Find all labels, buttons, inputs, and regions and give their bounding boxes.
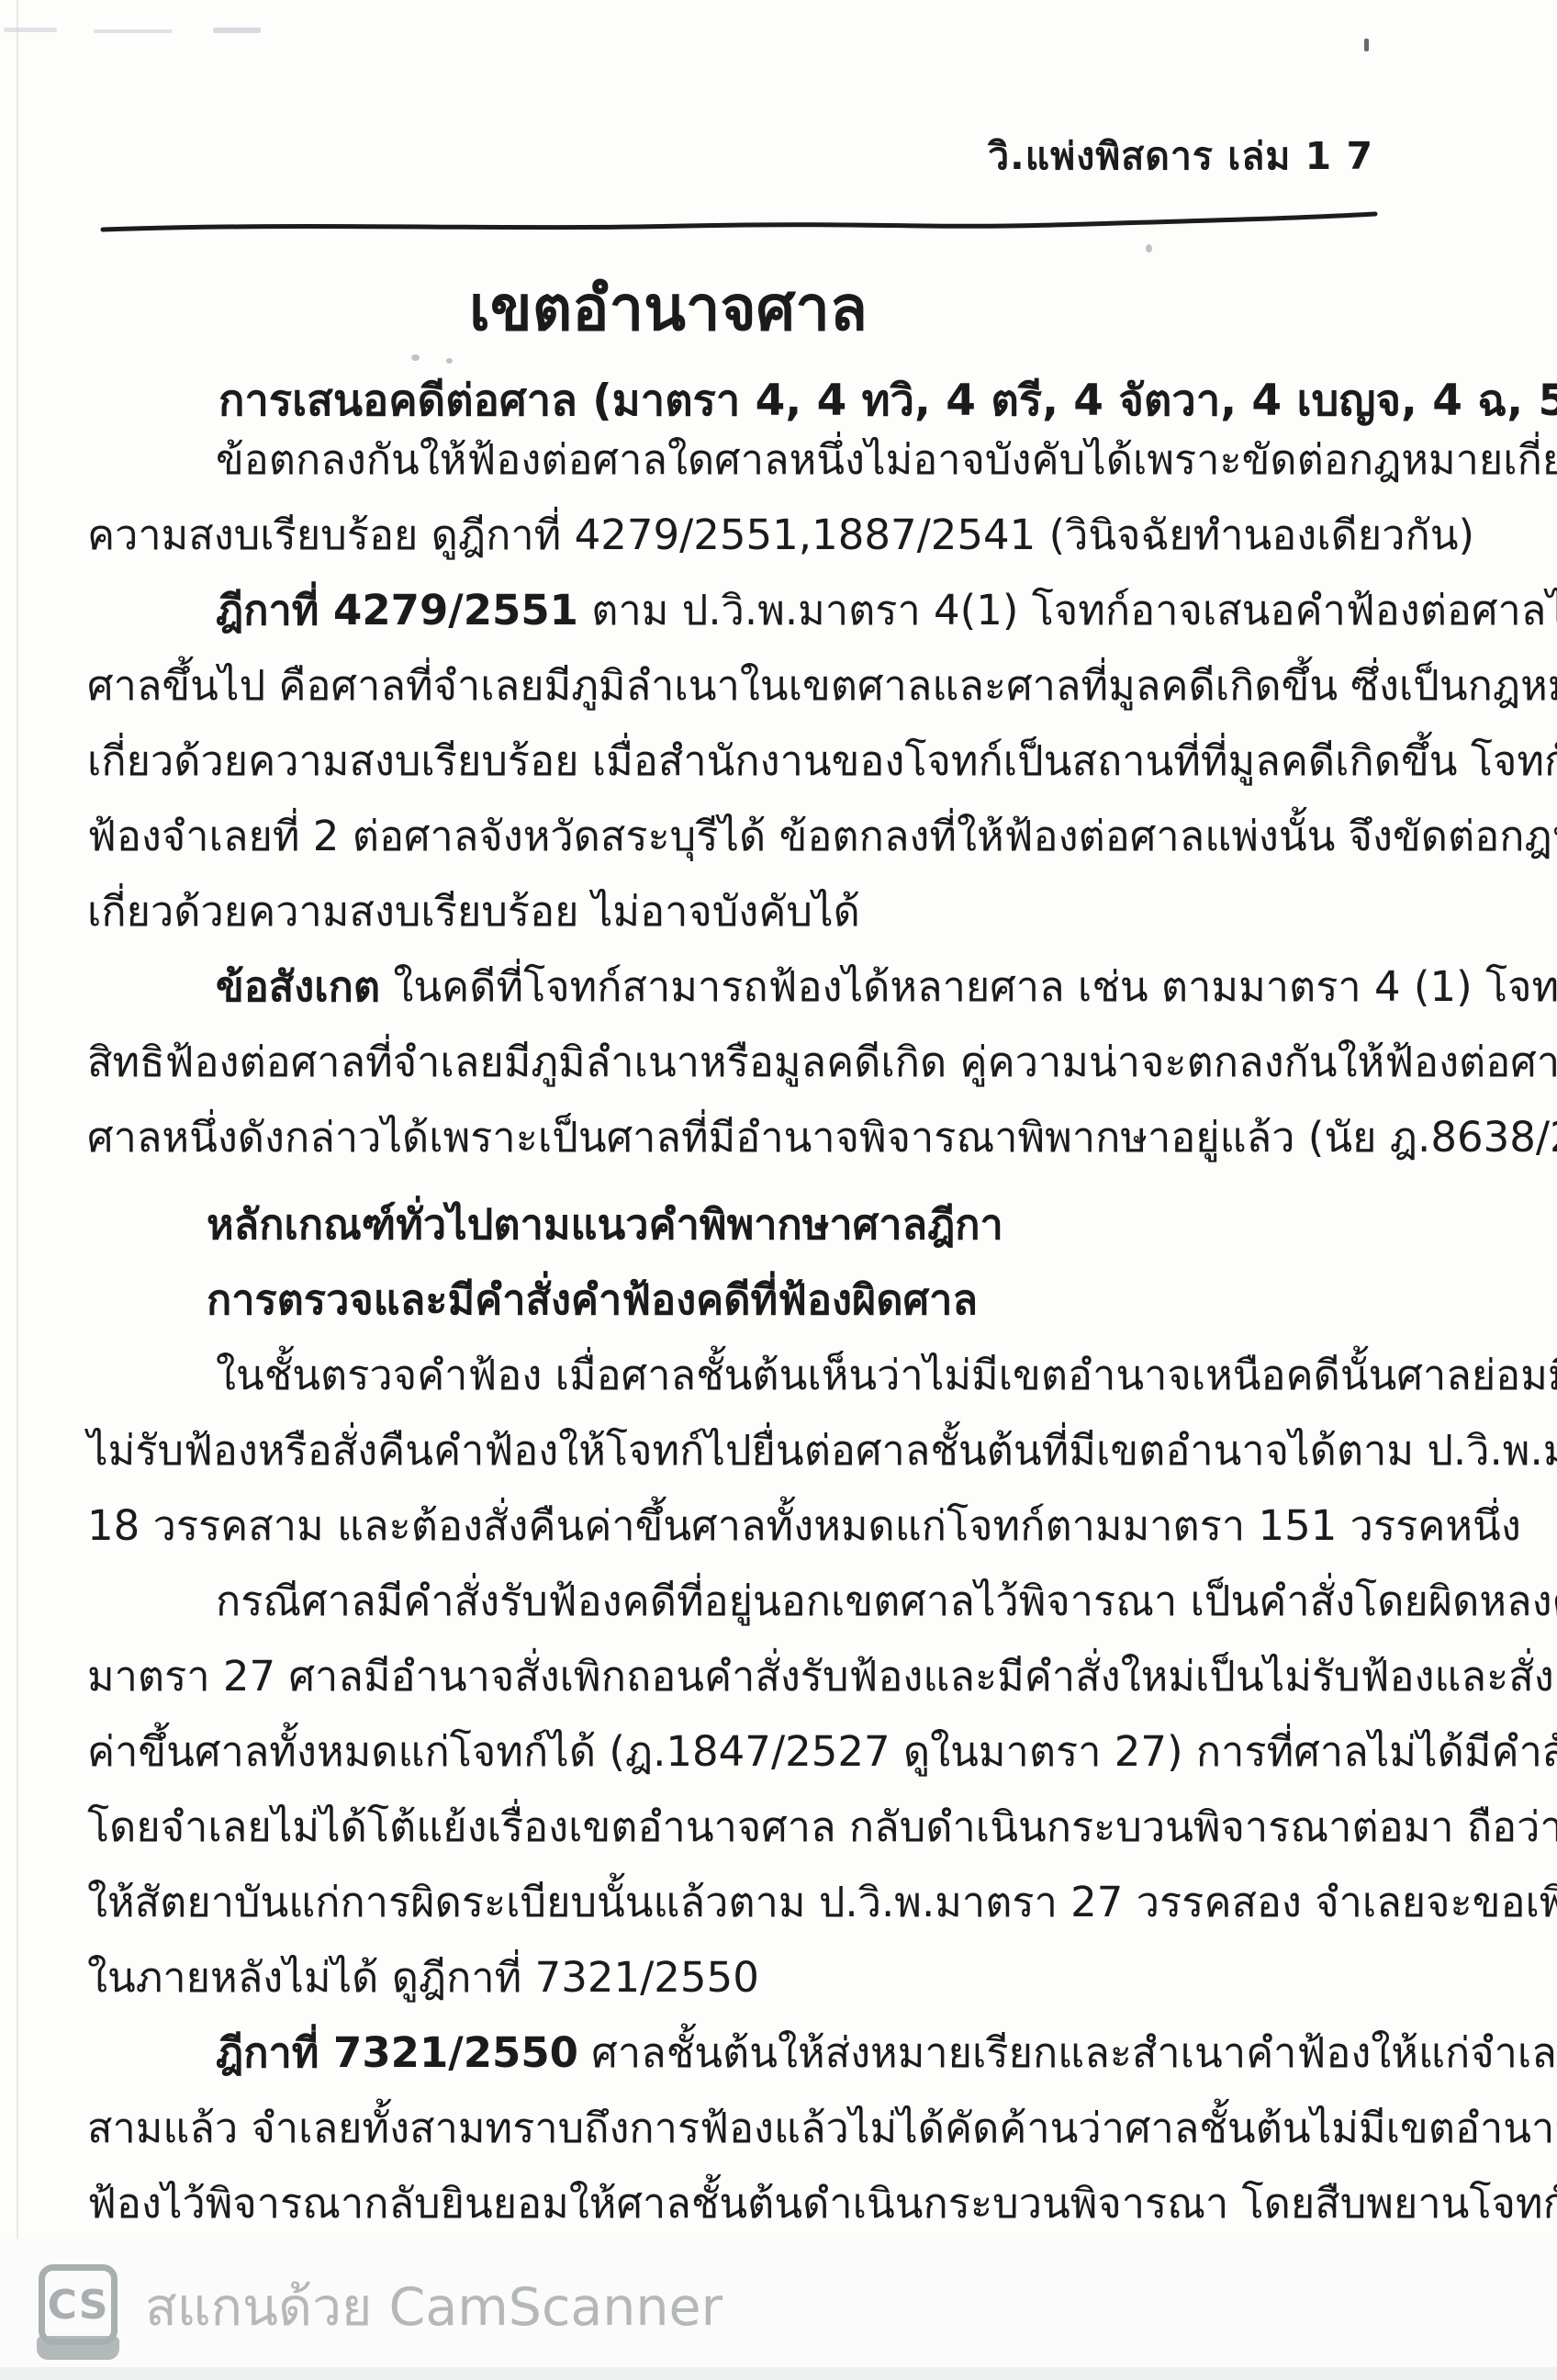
scan-speck [1364, 39, 1369, 51]
body-text: ค่าขึ้นศาลทั้งหมดแก่โจทก์ได้ (ฎ.1847/252… [87, 1727, 1557, 1776]
text-line: ศาลหนึ่งดังกล่าวได้เพราะเป็นศาลที่มีอำนา… [87, 1109, 1557, 1166]
body-text: ไม่รับฟ้องหรือสั่งคืนคำฟ้องให้โจทก์ไปยื่… [87, 1426, 1557, 1475]
text-line: สิทธิฟ้องต่อศาลที่จำเลยมีภูมิลำเนาหรือมู… [87, 1034, 1557, 1091]
section-heading: การตรวจและมีคำสั่งคำฟ้องคดีที่ฟ้องผิดศาล [207, 1272, 978, 1329]
body-text: การตรวจและมีคำสั่งคำฟ้องคดีที่ฟ้องผิดศาล [207, 1275, 978, 1324]
section-subheading: การเสนอคดีต่อศาล (มาตรา 4, 4 ทวิ, 4 ตรี,… [218, 365, 1557, 434]
header-rule [99, 209, 1384, 237]
body-text: ข้อตกลงกันให้ฟ้องต่อศาลใดศาลหนึ่งไม่อาจบ… [216, 435, 1557, 484]
text-line: ในภายหลังไม่ได้ ดูฎีกาที่ 7321/2550 [87, 1949, 759, 2006]
body-text: ในคดีที่โจทก์สามารถฟ้องได้หลายศาล เช่น ต… [380, 962, 1557, 1011]
section-heading: หลักเกณฑ์ทั่วไปตามแนวคำพิพากษาศาลฎีกา [207, 1196, 1003, 1253]
text-line: ค่าขึ้นศาลทั้งหมดแก่โจทก์ได้ (ฎ.1847/252… [87, 1723, 1557, 1780]
body-text: สิทธิฟ้องต่อศาลที่จำเลยมีภูมิลำเนาหรือมู… [87, 1038, 1557, 1086]
page-title: เขตอำนาจศาล [0, 259, 1447, 357]
bold-lead-text: ฎีกาที่ 4279/2551 [216, 586, 578, 634]
body-text: ตาม ป.วิ.พ.มาตรา 4(1) โจทก์อาจเสนอคำฟ้อง… [578, 586, 1557, 634]
body-text: กรณีศาลมีคำสั่งรับฟ้องคดีที่อยู่นอกเขตศา… [216, 1577, 1557, 1625]
bold-lead-text: ฎีกาที่ 7321/2550 [216, 2028, 578, 2077]
camscanner-footer: CS สแกนด้วย CamScanner [0, 2239, 1557, 2380]
body-text: ความสงบเรียบร้อย ดูฎีกาที่ 4279/2551,188… [87, 511, 1474, 559]
text-line: ฎีกาที่ 4279/2551 ตาม ป.วิ.พ.มาตรา 4(1) … [216, 582, 1557, 639]
text-line: ศาลขึ้นไป คือศาลที่จำเลยมีภูมิลำเนาในเขต… [87, 657, 1557, 714]
body-text: หลักเกณฑ์ทั่วไปตามแนวคำพิพากษาศาลฎีกา [207, 1200, 1003, 1249]
text-line: ไม่รับฟ้องหรือสั่งคืนคำฟ้องให้โจทก์ไปยื่… [87, 1422, 1557, 1479]
body-text: ให้สัตยาบันแก่การผิดระเบียบนั้นแล้วตาม ป… [87, 1878, 1557, 1926]
text-line: โดยจำเลยไม่ได้โต้แย้งเรื่องเขตอำนาจศาล ก… [87, 1799, 1557, 1856]
text-line: ให้สัตยาบันแก่การผิดระเบียบนั้นแล้วตาม ป… [87, 1874, 1557, 1931]
body-text: ศาลชั้นต้นให้ส่งหมายเรียกและสำเนาคำฟ้องใ… [578, 2028, 1557, 2077]
body-text: ฟ้องจำเลยที่ 2 ต่อศาลจังหวัดสระบุรีได้ ข… [87, 812, 1557, 860]
bold-lead-text: ข้อสังเกต [216, 962, 380, 1011]
text-line: สามแล้ว จำเลยทั้งสามทราบถึงการฟ้องแล้วไม… [87, 2100, 1557, 2157]
body-text: ในภายหลังไม่ได้ ดูฎีกาที่ 7321/2550 [87, 1953, 759, 2002]
text-line: ข้อตกลงกันให้ฟ้องต่อศาลใดศาลหนึ่งไม่อาจบ… [216, 432, 1557, 488]
text-line: ฟ้องจำเลยที่ 2 ต่อศาลจังหวัดสระบุรีได้ ข… [87, 808, 1557, 865]
text-line: ฟ้องไว้พิจารณากลับยินยอมให้ศาลชั้นต้นดำเ… [87, 2175, 1557, 2232]
running-header: วิ.แพ่งพิสดาร เล่ม 1 7 [988, 127, 1373, 186]
scan-speck [446, 358, 453, 364]
body-text: ศาลหนึ่งดังกล่าวได้เพราะเป็นศาลที่มีอำนา… [87, 1113, 1557, 1162]
text-line: ข้อสังเกต ในคดีที่โจทก์สามารถฟ้องได้หลาย… [216, 959, 1557, 1016]
camscanner-watermark-text: สแกนด้วย CamScanner [145, 2266, 722, 2349]
body-text: 18 วรรคสาม และต้องสั่งคืนค่าขึ้นศาลทั้งห… [87, 1501, 1521, 1550]
bleed-mark [213, 28, 261, 33]
bleed-mark [94, 29, 173, 33]
text-line: ความสงบเรียบร้อย ดูฎีกาที่ 4279/2551,188… [87, 507, 1474, 564]
body-text: โดยจำเลยไม่ได้โต้แย้งเรื่องเขตอำนาจศาล ก… [87, 1802, 1557, 1851]
text-line: เกี่ยวด้วยความสงบเรียบร้อย ไม่อาจบังคับไ… [87, 883, 860, 940]
body-text: เกี่ยวด้วยความสงบเรียบร้อย เมื่อสำนักงาน… [87, 736, 1557, 785]
body-text: ในชั้นตรวจคำฟ้อง เมื่อศาลชั้นต้นเห็นว่าไ… [216, 1351, 1557, 1399]
text-line: ในชั้นตรวจคำฟ้อง เมื่อศาลชั้นต้นเห็นว่าไ… [216, 1347, 1557, 1404]
body-text: สามแล้ว จำเลยทั้งสามทราบถึงการฟ้องแล้วไม… [87, 2104, 1557, 2152]
scanned-book-page: วิ.แพ่งพิสดาร เล่ม 1 7 เขตอำนาจศาล การเส… [0, 0, 1557, 2380]
body-text: เกี่ยวด้วยความสงบเรียบร้อย ไม่อาจบังคับไ… [87, 887, 860, 936]
text-line: กรณีศาลมีคำสั่งรับฟ้องคดีที่อยู่นอกเขตศา… [216, 1573, 1557, 1630]
body-text: ฟ้องไว้พิจารณากลับยินยอมให้ศาลชั้นต้นดำเ… [87, 2179, 1557, 2228]
text-line: เกี่ยวด้วยความสงบเรียบร้อย เมื่อสำนักงาน… [87, 733, 1557, 790]
footer-strip [0, 2367, 1557, 2380]
camscanner-logo-icon: CS [39, 2264, 118, 2345]
body-text: มาตรา 27 ศาลมีอำนาจสั่งเพิกถอนคำสั่งรับฟ… [87, 1652, 1557, 1701]
scan-speck [1146, 244, 1152, 253]
body-text: ศาลขึ้นไป คือศาลที่จำเลยมีภูมิลำเนาในเขต… [87, 661, 1557, 710]
text-line: มาตรา 27 ศาลมีอำนาจสั่งเพิกถอนคำสั่งรับฟ… [87, 1648, 1557, 1705]
text-line: 18 วรรคสาม และต้องสั่งคืนค่าขึ้นศาลทั้งห… [87, 1498, 1521, 1555]
text-line: ฎีกาที่ 7321/2550 ศาลชั้นต้นให้ส่งหมายเร… [216, 2025, 1557, 2082]
bleed-mark [4, 28, 57, 32]
